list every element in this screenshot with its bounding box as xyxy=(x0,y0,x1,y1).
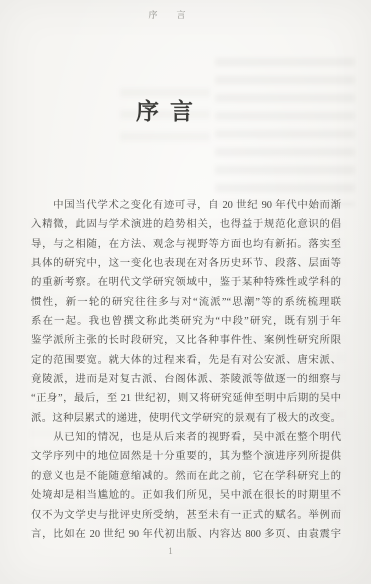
showthrough-artifact xyxy=(215,58,355,206)
running-header: 序 言 xyxy=(0,8,355,21)
text-line: 竟陵派，进而是对复古派、台阁体派、茶陵派等做逐一的细察与 xyxy=(31,370,341,389)
book-page: 序 言 序 言 中国当代学术之变化有迹可寻，自 20 世纪 90 年代中始而渐 … xyxy=(0,0,371,584)
text-line: 的重新考察。在明代文学研究领域中，鉴于某种特殊性或学科的 xyxy=(31,273,341,292)
text-line: 从已知的情况，也是从后来者的视野看，吴中派在整个明代 xyxy=(31,428,341,447)
page-title: 序 言 xyxy=(0,98,347,127)
text-line: 派。这种层累式的递进，使明代文学研究的景观有了极大的改变。 xyxy=(31,409,341,428)
text-line: “正身”，最后，至 21 世纪初，则又将研究延伸至明中后期的吴中 xyxy=(31,389,341,408)
text-line: 惯性，新一轮的研究往往多与对“流派”“思潮”等的系统梳理联 xyxy=(31,293,341,312)
text-line: 的意义也是不能随意缩减的。然而在此之前，它在学科研究上的 xyxy=(31,467,341,486)
page-number: 1 xyxy=(0,546,356,556)
text-line: 处境却是相当尴尬的。正如我们所见，吴中派在很长的时期里不 xyxy=(31,486,341,505)
text-line: 鉴学派所主张的长时段研究，又比各种事件性、案例性研究所限 xyxy=(31,331,341,350)
body-text: 中国当代学术之变化有迹可寻，自 20 世纪 90 年代中始而渐 入精微，此固与学… xyxy=(31,196,341,544)
paragraph: 中国当代学术之变化有迹可寻，自 20 世纪 90 年代中始而渐 入精微，此固与学… xyxy=(31,196,341,428)
text-line: 言，比如在 20 世纪 90 年代初出版、内容达 800 多页、由袁震宇 xyxy=(31,525,341,544)
text-line: 文学序列中的地位固然是十分重要的，其为整个演进序列所提供 xyxy=(31,447,341,466)
text-line: 中国当代学术之变化有迹可寻，自 20 世纪 90 年代中始而渐 xyxy=(31,196,341,215)
text-line: 系在一起。我也曾撰文称此类研究为“中段”研究，既有别于年 xyxy=(31,312,341,331)
text-line: 仅不为文学史与批评史所受纳，甚至未有一正式的赋名。举例而 xyxy=(31,506,341,525)
text-line: 导，与之相随，在方法、观念与视野等方面也均有新拓。落实至 xyxy=(31,235,341,254)
paragraph: 从已知的情况，也是从后来者的视野看，吴中派在整个明代 文学序列中的地位固然是十分… xyxy=(31,428,341,544)
text-line: 具体的研究中，这一变化也表现在对各历史环节、段落、层面等 xyxy=(31,254,341,273)
text-line: 入精微，此固与学术演进的趋势相关，也得益于规范化意识的倡 xyxy=(31,215,341,234)
text-line: 定的范围要宽。就大体的过程来看，先是有对公安派、唐宋派、 xyxy=(31,351,341,370)
